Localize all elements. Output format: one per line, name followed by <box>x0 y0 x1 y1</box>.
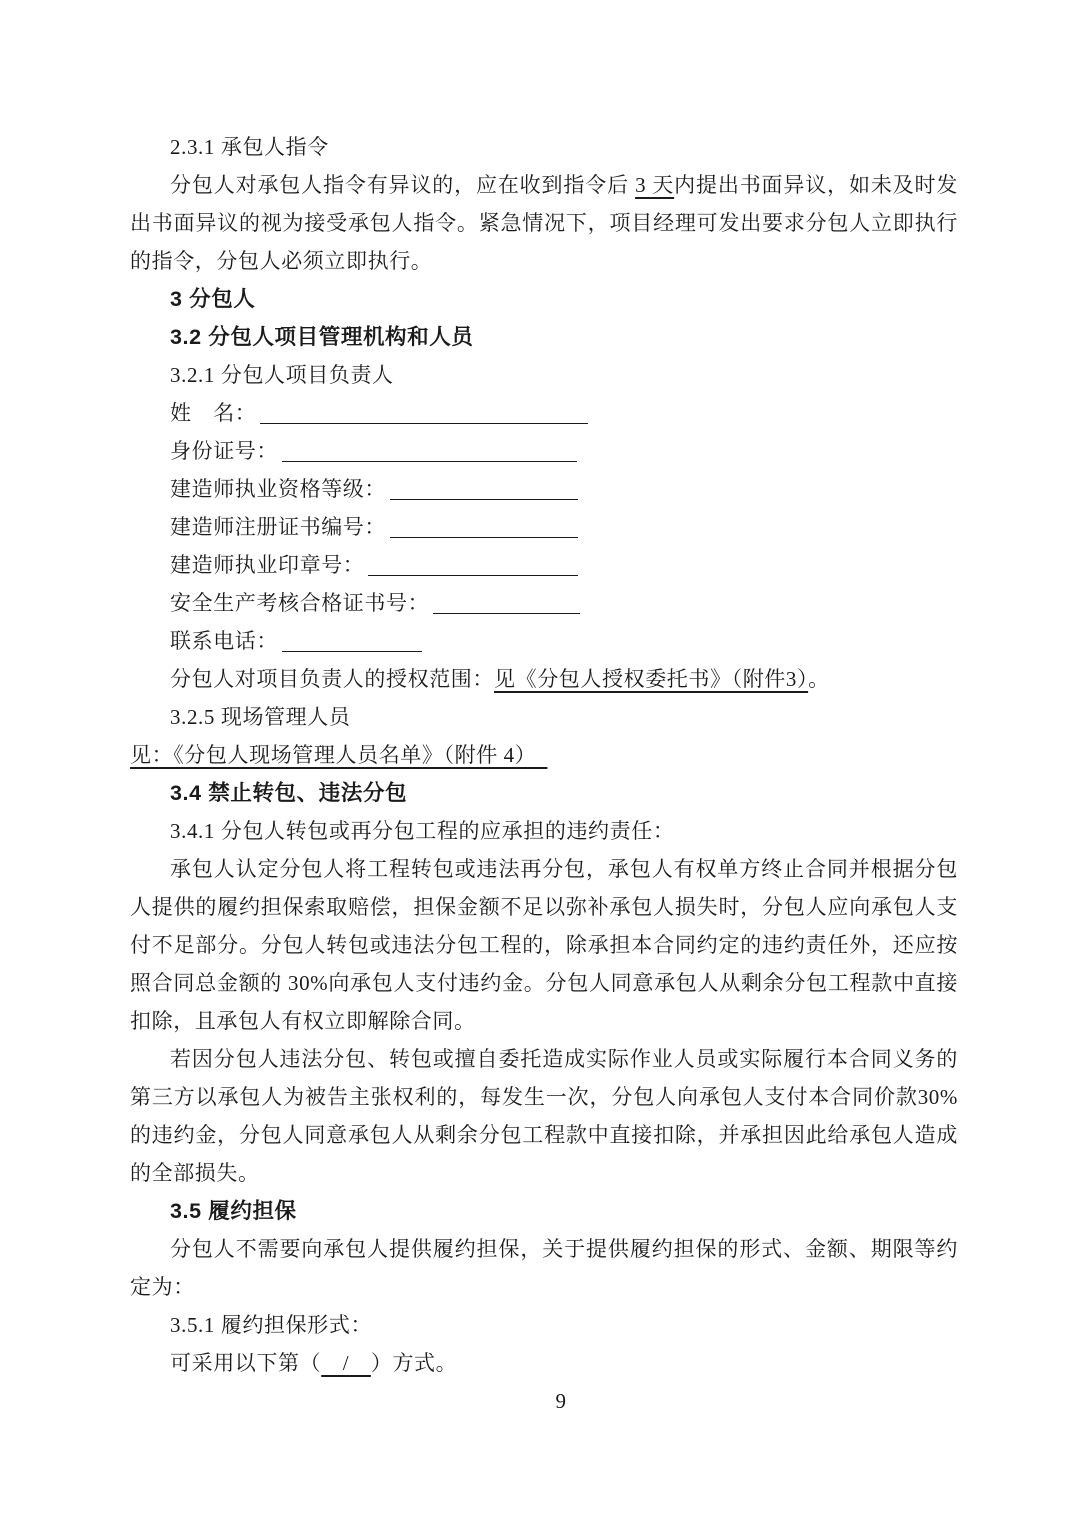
section-3-4-heading: 3.4 禁止转包、违法分包 <box>130 774 958 812</box>
field-row-id-number: 身份证号： <box>130 432 958 470</box>
field-label: 安全生产考核合格证书号： <box>170 591 429 615</box>
field-blank-line <box>260 403 588 424</box>
site-staff-note-line: 见：《分包人现场管理人员名单》（附件 4） <box>130 736 958 774</box>
field-label: 建造师执业印章号： <box>170 553 364 577</box>
authorization-scope-label: 分包人对项目负责人的授权范围： <box>170 667 494 691</box>
clause-3-5-1-heading: 3.5.1 履约担保形式： <box>130 1306 958 1344</box>
site-staff-note-reference: 见：《分包人现场管理人员名单》（附件 4） <box>130 743 547 767</box>
field-blank-line <box>282 441 577 462</box>
field-row-constructor-registration-number: 建造师注册证书编号： <box>130 508 958 546</box>
clause-3-2-1-heading: 3.2.1 分包人项目负责人 <box>130 356 958 394</box>
paragraph-text: 分包人对承包人指令有异议的，应在收到指令后 <box>170 173 635 197</box>
section-3-5-heading: 3.5 履约担保 <box>130 1192 958 1230</box>
clause-2-3-1-heading: 2.3.1 承包人指令 <box>130 128 958 166</box>
clause-3-5-paragraph: 分包人不需要向承包人提供履约担保，关于提供履约担保的形式、金额、期限等约定为： <box>130 1230 958 1306</box>
field-label: 联系电话： <box>170 629 278 653</box>
method-selection-line: 可采用以下第（ / ）方式。 <box>130 1344 958 1382</box>
underlined-days-value: 3 天 <box>635 173 674 197</box>
authorization-scope-period: 。 <box>808 667 830 691</box>
field-row-constructor-seal-number: 建造师执业印章号： <box>130 546 958 584</box>
clause-3-4-1-heading: 3.4.1 分包人转包或再分包工程的应承担的违约责任： <box>130 812 958 850</box>
authorization-scope-line: 分包人对项目负责人的授权范围：见《分包人授权委托书》（附件3）。 <box>130 660 958 698</box>
page-number: 9 <box>0 1386 1074 1416</box>
field-label: 建造师执业资格等级： <box>170 477 386 501</box>
clause-2-3-1-paragraph: 分包人对承包人指令有异议的，应在收到指令后 3 天内提出书面异议，如未及时发出书… <box>130 166 958 280</box>
method-selection-blank: / <box>321 1351 371 1375</box>
field-row-contact-phone: 联系电话： <box>130 622 958 660</box>
field-blank-line <box>368 555 578 576</box>
clause-3-4-1-paragraph-1: 承包人认定分包人将工程转包或违法再分包，承包人有权单方终止合同并根据分包人提供的… <box>130 850 958 1040</box>
field-row-safety-certificate-number: 安全生产考核合格证书号： <box>130 584 958 622</box>
clause-3-2-5-heading: 3.2.5 现场管理人员 <box>130 698 958 736</box>
field-label: 姓 名： <box>170 401 256 425</box>
field-row-name: 姓 名： <box>130 394 958 432</box>
authorization-scope-reference: 见《分包人授权委托书》（附件3） <box>494 667 808 691</box>
section-3-heading: 3 分包人 <box>130 280 958 318</box>
field-label: 建造师注册证书编号： <box>170 515 386 539</box>
method-selection-text: 可采用以下第（ <box>170 1351 321 1375</box>
clause-3-4-1-paragraph-2: 若因分包人违法分包、转包或擅自委托造成实际作业人员或实际履行本合同义务的第三方以… <box>130 1040 958 1192</box>
field-label: 身份证号： <box>170 439 278 463</box>
section-3-2-heading: 3.2 分包人项目管理机构和人员 <box>130 318 958 356</box>
field-blank-line <box>390 479 578 500</box>
document-page: 2.3.1 承包人指令 分包人对承包人指令有异议的，应在收到指令后 3 天内提出… <box>0 0 1074 1520</box>
field-row-constructor-qualification-level: 建造师执业资格等级： <box>130 470 958 508</box>
field-blank-line <box>282 631 422 652</box>
field-blank-line <box>433 593 580 614</box>
method-selection-text: ）方式。 <box>371 1351 457 1375</box>
field-blank-line <box>390 517 578 538</box>
